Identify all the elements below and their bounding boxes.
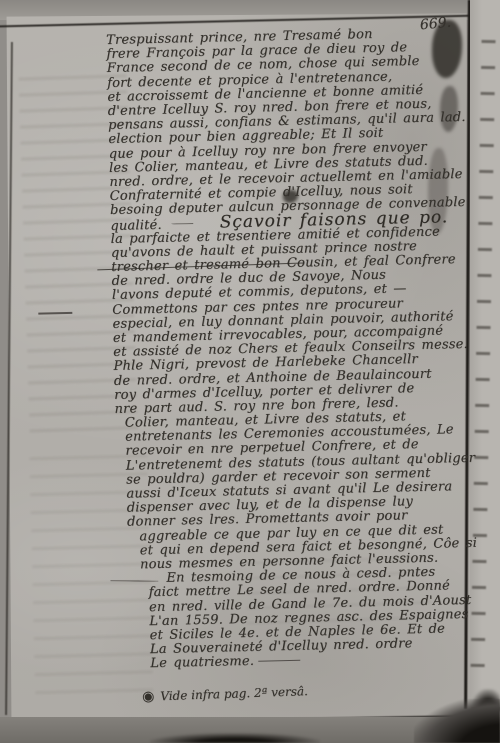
paragraph-flourish xyxy=(172,223,194,224)
reference-mark-icon: ◉ xyxy=(142,688,155,704)
page-corner-shadow xyxy=(414,699,500,743)
manuscript-scan: 669. Trespuissant prince, nre Tresamé bo… xyxy=(0,0,500,743)
manuscript-text-block: Trespuissant prince, nre Tresamé bon fre… xyxy=(106,26,476,672)
